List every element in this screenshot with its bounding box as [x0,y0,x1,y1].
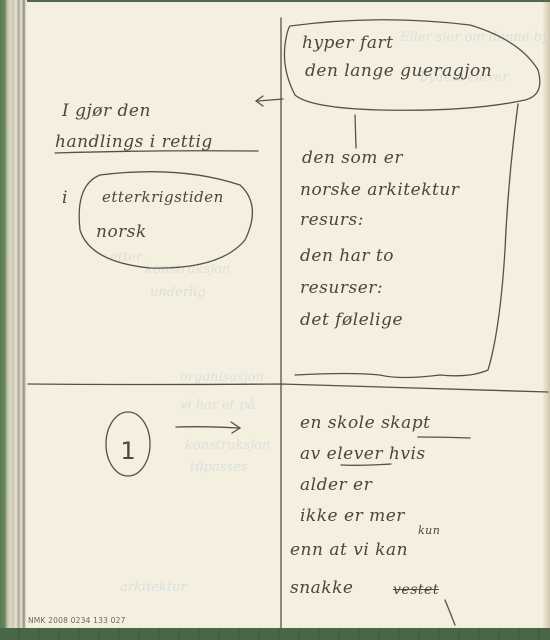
pen-strokes [0,0,550,640]
handwritten-line: ikke er mer [300,508,405,525]
horizontal-divider-line [28,384,548,392]
handwritten-line: norsk [96,224,147,241]
handwritten-line: den lange gueragjon [305,63,492,80]
handwritten-line: resurs: [300,212,364,229]
handwritten-line: alder er [300,477,372,494]
handwritten-insertion: kun [418,525,440,536]
handwritten-line: resurser: [300,280,383,297]
circled-phrase-outline [79,172,252,268]
handwritten-line: den som er [302,150,403,167]
handwritten-line: I gjør den [62,103,151,120]
handwritten-line: snakke [290,580,353,597]
handwritten-line: det følelige [300,312,403,329]
handwritten-line: norske arkitektur [300,182,459,199]
circled-number: 1 [105,420,151,482]
handwritten-line: etterkrigstiden [102,190,224,205]
struck-word: vestet [393,583,439,597]
handwritten-line: hyper fart [302,35,393,52]
handwritten-line: av elever hvis [300,446,426,463]
right-box-outline [295,104,518,378]
handwritten-line: handlings i rettig [55,134,213,151]
handwritten-line: den har to [300,248,394,265]
right-arrow [176,427,238,428]
connector-stroke [355,115,356,148]
handwritten-line: i [62,190,68,207]
handwritten-line: en skole skapt [300,415,430,432]
handwritten-line: enn at vi kan [290,542,408,559]
catalog-number: NMK 2008 0234 133 027 [28,616,126,625]
notebook-page: Eller sier om denne bygning bydele eleve… [0,0,550,640]
